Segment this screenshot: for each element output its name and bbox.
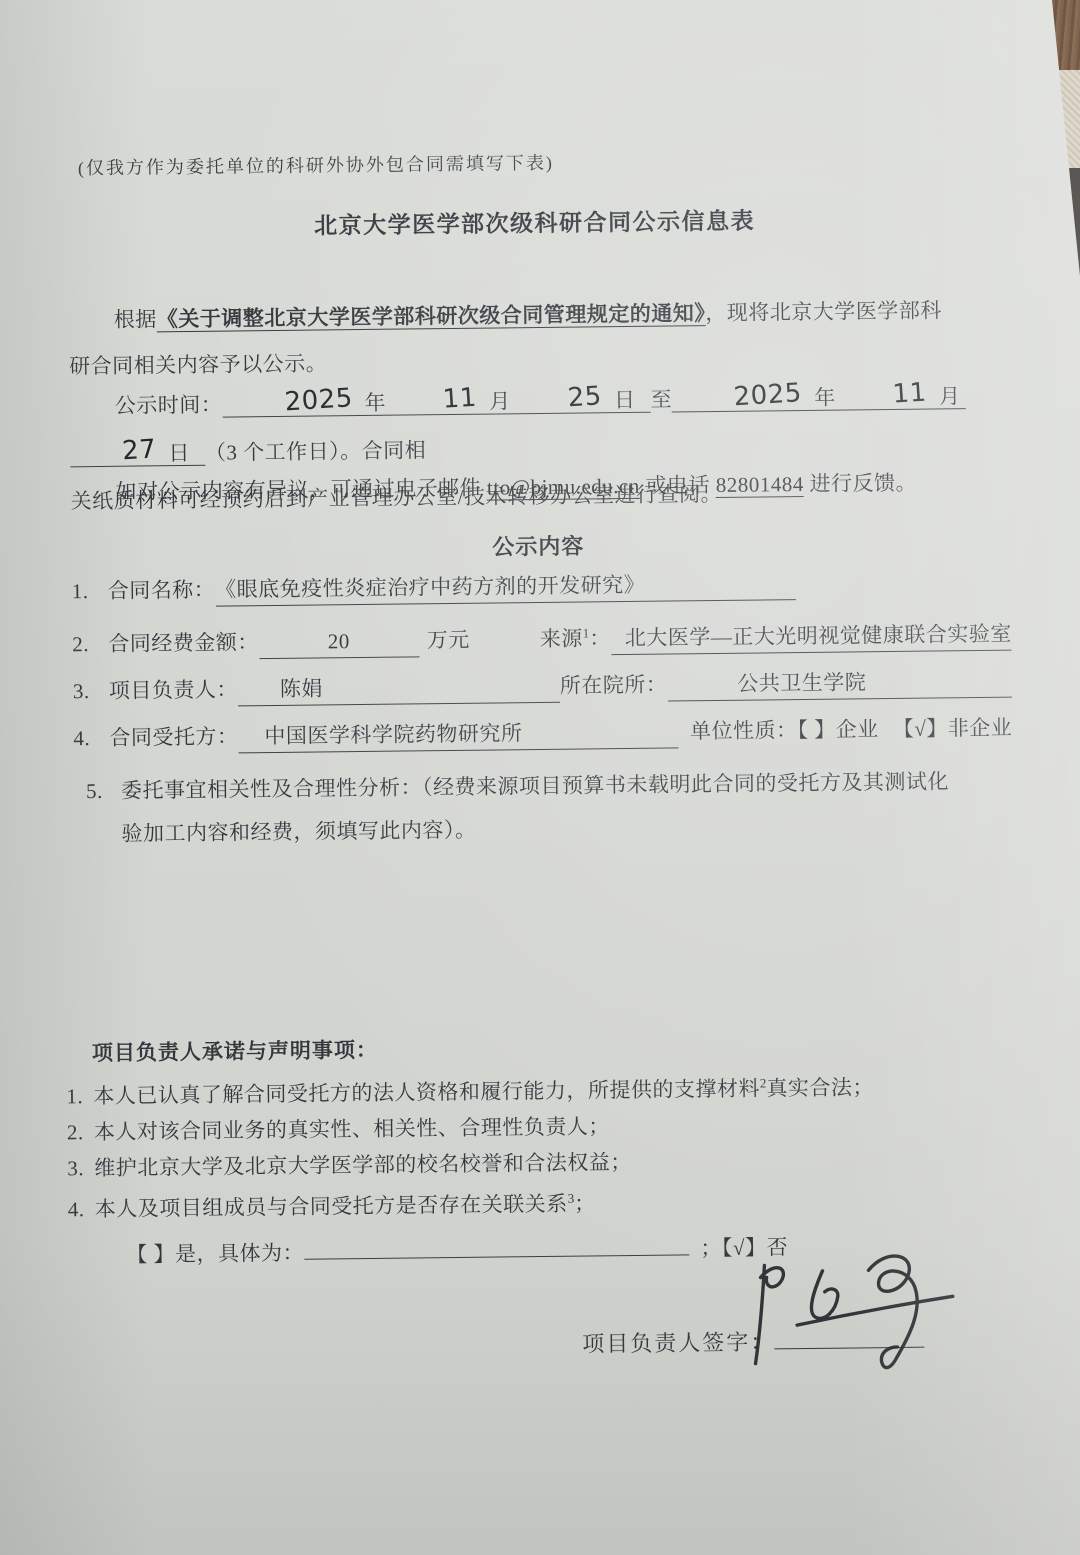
item-number: 3. [73,676,109,707]
intro-rest-line2: 研合同相关内容予以公示。 [69,351,327,378]
handwritten-signature [734,1241,981,1389]
declaration-text: 本人对该合同业务的真实性、相关性、合理性负责人； [94,1108,610,1150]
day-unit: 日 [614,388,636,412]
amount-value: 20 [259,625,419,659]
declaration-text: 维护北京大学及北京大学医学部的校名校誉和合法权益； [94,1144,632,1186]
handwritten-end-month: 11 [846,370,928,422]
item-contract-name: 1. 合同名称： 《眼底免疫性炎症治疗中药方剂的开发研究》 [72,566,1011,609]
publicity-items: 1. 合同名称： 《眼底免疫性炎症治疗中药方剂的开发研究》 2. 合同经费金额：… [72,566,1014,857]
leader-name-value: 陈娟 [238,671,560,707]
period-to: 至 [650,387,672,411]
declaration-section: 项目负责人承诺与声明事项： 1. 本人已认真了解合同受托方的法人资格和履行能力，… [60,1025,1013,1274]
source-value: 北大医学—正大光明视觉健康联合实验室 [611,619,1012,656]
feedback-tail: 进行反馈。 [804,471,918,496]
handwritten-end-year: 2025 [688,370,804,424]
period-tail-line1: （3 个工作日）。合同相 [205,438,427,465]
relation-specific-blank [304,1254,689,1259]
consignee-value: 中国医学科学院药物研究所 [238,716,678,753]
intro-rest-line1: ，现将北京大学医学部科 [705,298,942,325]
month-unit: 月 [489,389,511,413]
declaration-text-pre: 本人已认真了解合同受托方的法人资格和履行能力，所提供的支撑材料 [93,1077,760,1109]
consignee-label: 合同受托方： [109,721,238,753]
item-project-leader: 3. 项目负责人： 陈娟 所在院所： 公共卫生学院 [73,666,1012,709]
handwritten-start-year: 2025 [238,375,354,429]
year-unit: 年 [364,391,386,415]
item-contract-amount: 2. 合同经费金额： 20 万元 来源1： 北大医学—正大光明视觉健康联合实验室 [72,613,1011,662]
declaration-text-post: ； [574,1191,596,1215]
declaration-text: 本人及项目组成员与合同受托方是否存在关联关系3； [94,1180,595,1227]
leader-label: 项目负责人： [109,674,238,706]
declaration-text-pre: 本人及项目组成员与合同受托方是否存在关联关系 [95,1192,568,1221]
regulation-title: 《关于调整北京大学医学部科研次级合同管理规定的通知》 [157,301,706,332]
document-title: 北京大学医学部次级科研合同公示信息表 [0,199,1075,244]
item-consignee: 4. 合同受托方： 中国医学科学院药物研究所 单位性质：【 】企业【√】非企业 [73,713,1012,756]
source-colon: ： [589,626,611,650]
year-unit: 年 [814,386,836,410]
contract-name-value: 《眼底免疫性炎症治疗中药方剂的开发研究》 [215,568,795,607]
enterprise-checkbox: 【 】企业 [797,717,879,742]
non-enterprise-checkbox: 【√】非企业 [893,716,1013,741]
analysis-text-line1: 委托事宜相关性及合理性分析：（经费来源项目预算书未载明此合同的受托方及其测试化 [121,769,949,802]
source-label-text: 来源 [540,627,583,651]
item-number: 1. [72,576,108,607]
intro-lead: 根据 [114,307,157,331]
source-label: 来源1： [540,617,611,655]
day-unit: 日 [168,441,190,465]
item-relevance-analysis: 5. 委托事宜相关性及合理性分析：（经费来源项目预算书未载明此合同的受托方及其测… [74,760,1014,857]
nature-label: 单位性质： [690,718,798,743]
unit-nature: 单位性质：【 】企业【√】非企业 [690,713,1013,748]
feedback-email: tto@bjmu.edu.cn [487,474,640,501]
handwritten-start-month: 11 [397,375,479,427]
item-number: 2. [72,629,108,660]
handwritten-start-day: 25 [521,373,603,425]
department-value: 公共卫生学院 [667,666,1012,702]
feedback-mid: 或电话 [640,473,716,498]
item-number: 5. [86,770,103,813]
feedback-lead: 如对公示内容有异议，可通过电子邮件 [116,476,487,504]
photo-scene: (仅我方作为委托单位的科研外协外包合同需填写下表) 北京大学医学部次级科研合同公… [0,0,1080,1555]
feedback-phone: 82801484 [716,472,804,498]
month-unit: 月 [939,384,961,408]
item-number: 1. [60,1078,93,1114]
paper-document: (仅我方作为委托单位的科研外协外包合同需填写下表) 北京大学医学部次级科研合同公… [0,0,1080,1555]
section-title: 公示内容 [0,524,1078,567]
item-number: 4. [73,723,109,754]
contract-name-label: 合同名称： [108,575,216,607]
period-label: 公示时间： [115,393,223,418]
analysis-text-line2: 验加工内容和经费，须填写此内容）。 [121,818,476,846]
item-number: 2. [61,1114,94,1150]
start-date-field: 2025年11月25日 [222,388,651,418]
amount-unit: 万元 [427,625,470,656]
department-label: 所在院所： [560,670,668,702]
relation-separator: ； [700,1236,722,1260]
relation-yes-checkbox: 【 】是，具体为： [126,1241,304,1267]
declaration-text-post: 真实合法； [766,1075,874,1100]
top-note: (仅我方作为委托单位的科研外协外包合同需填写下表) [78,149,554,180]
item-number: 4. [62,1191,95,1227]
amount-label: 合同经费金额： [108,627,259,660]
item-number: 3. [61,1150,94,1186]
